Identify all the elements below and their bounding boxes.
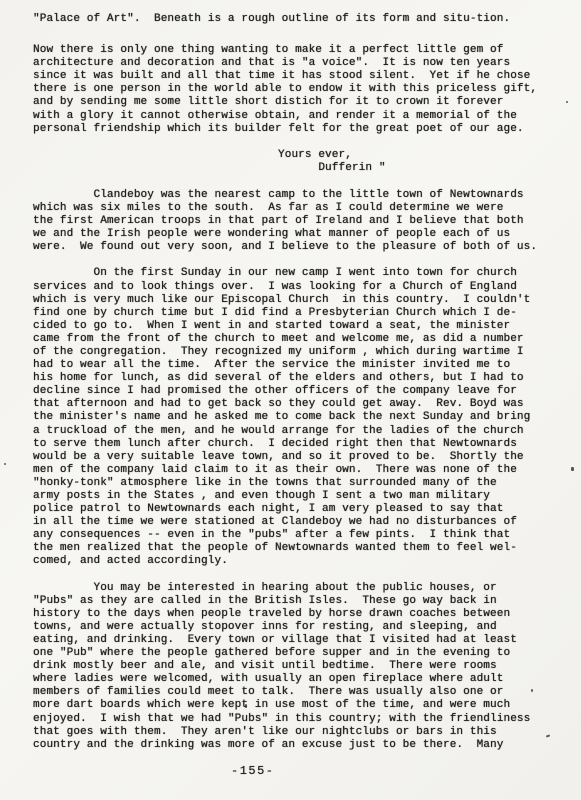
paragraph-voice: Now there is only one thing wanting to m… [33,44,553,136]
scan-speck [245,704,247,708]
intro-line: "Palace of Art". Beneath is a rough outl… [33,13,553,26]
scan-speck [571,467,574,471]
scanned-letter-page: "Palace of Art". Beneath is a rough outl… [0,0,581,800]
paragraph-church: On the first Sunday in our new camp I we… [33,267,553,568]
page-number: -155- [231,764,275,778]
paragraph-pubs: You may be interested in hearing about t… [33,582,553,752]
scan-speck [566,101,568,103]
paragraph-clandeboy: Clandeboy was the nearest camp to the li… [33,189,553,254]
letter-signoff: Yours ever, Dufferin " [278,149,553,175]
scan-speck [531,689,533,692]
scan-speck [4,463,6,465]
typed-text-container: "Palace of Art". Beneath is a rough outl… [33,13,553,765]
